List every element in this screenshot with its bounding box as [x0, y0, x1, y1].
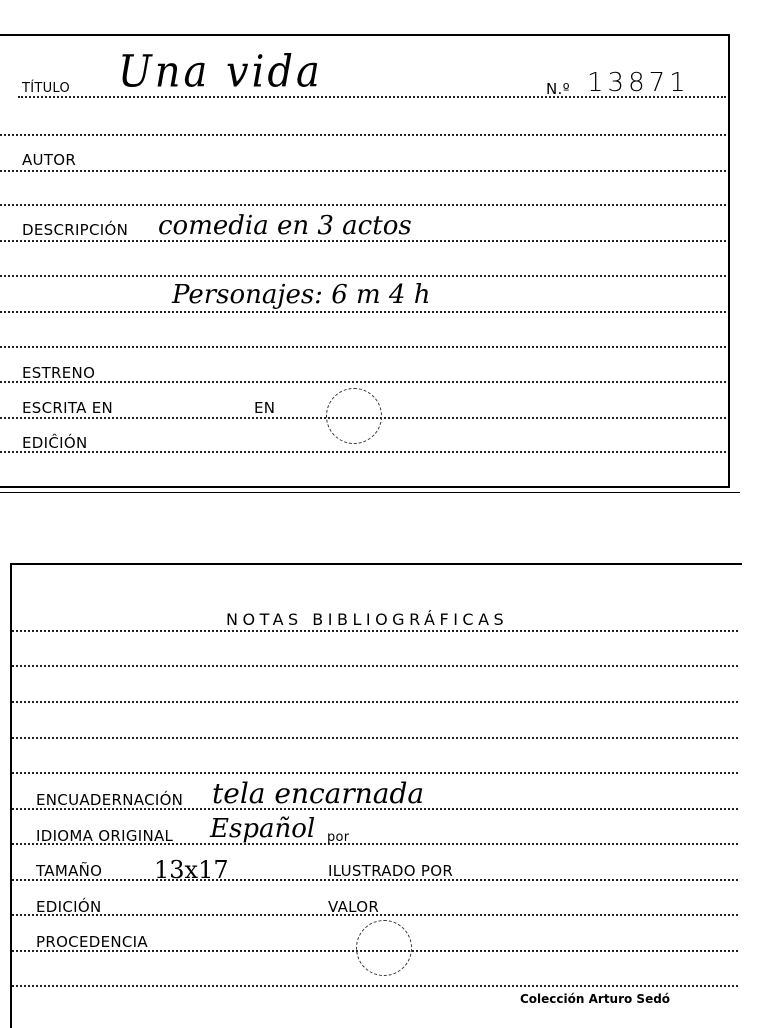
- valor-label: VALOR: [328, 900, 379, 915]
- idioma-original-value: Español: [210, 816, 315, 842]
- titulo-label: TÍTULO: [22, 82, 70, 95]
- dotted-rule: [12, 737, 738, 739]
- encuadernacion-value: tela encarnada: [212, 780, 424, 808]
- dotted-rule: [0, 134, 726, 136]
- dotted-rule: [0, 170, 726, 172]
- numero-label: N.º: [546, 82, 570, 97]
- descripcion-value: comedia en 3 actos: [158, 213, 412, 239]
- descripcion-value-line2: Personajes: 6 m 4 h: [172, 282, 430, 308]
- dotted-rule: [0, 311, 726, 313]
- dotted-rule: [12, 665, 738, 667]
- estreno-label: ESTRENO: [22, 366, 95, 381]
- tamano-value: 13x17: [154, 858, 229, 882]
- dotted-rule: [0, 204, 726, 206]
- notas-heading: NOTAS BIBLIOGRÁFICAS: [226, 610, 508, 629]
- idioma-original-label: IDIOMA ORIGINAL: [36, 829, 173, 844]
- tamano-label: TAMAÑO: [36, 864, 102, 879]
- dotted-rule: [12, 630, 738, 632]
- procedencia-label: PROCEDENCIA: [36, 935, 148, 950]
- descripcion-label: DESCRIPCIÓN: [22, 223, 128, 238]
- stamp-circle: [326, 388, 382, 444]
- divider: [0, 492, 740, 493]
- dotted-rule: [0, 346, 726, 348]
- dotted-rule: [0, 275, 726, 277]
- edicion-back-label: EDICIÓN: [36, 900, 101, 915]
- stamp-circle: [356, 920, 412, 976]
- en-label: EN: [254, 401, 275, 416]
- encuadernacion-label: ENCUADERNACIÓN: [36, 793, 183, 808]
- dotted-rule: [0, 451, 726, 453]
- idioma-por-label: por: [327, 831, 349, 844]
- collection-footer: Colección Arturo Sedó: [520, 992, 670, 1006]
- dotted-rule: [12, 772, 738, 774]
- numero-value: 13871: [587, 70, 690, 96]
- ilustrado-por-label: ILUSTRADO POR: [328, 864, 453, 879]
- autor-label: AUTOR: [22, 153, 76, 168]
- escrita-en-label: ESCRITA EN: [22, 401, 113, 416]
- titulo-value: Una vida: [118, 50, 323, 94]
- edicion-label: EDIĈIÓN: [22, 436, 87, 451]
- dotted-rule: [0, 381, 726, 383]
- dotted-rule: [12, 985, 738, 987]
- dotted-rule: [12, 701, 738, 703]
